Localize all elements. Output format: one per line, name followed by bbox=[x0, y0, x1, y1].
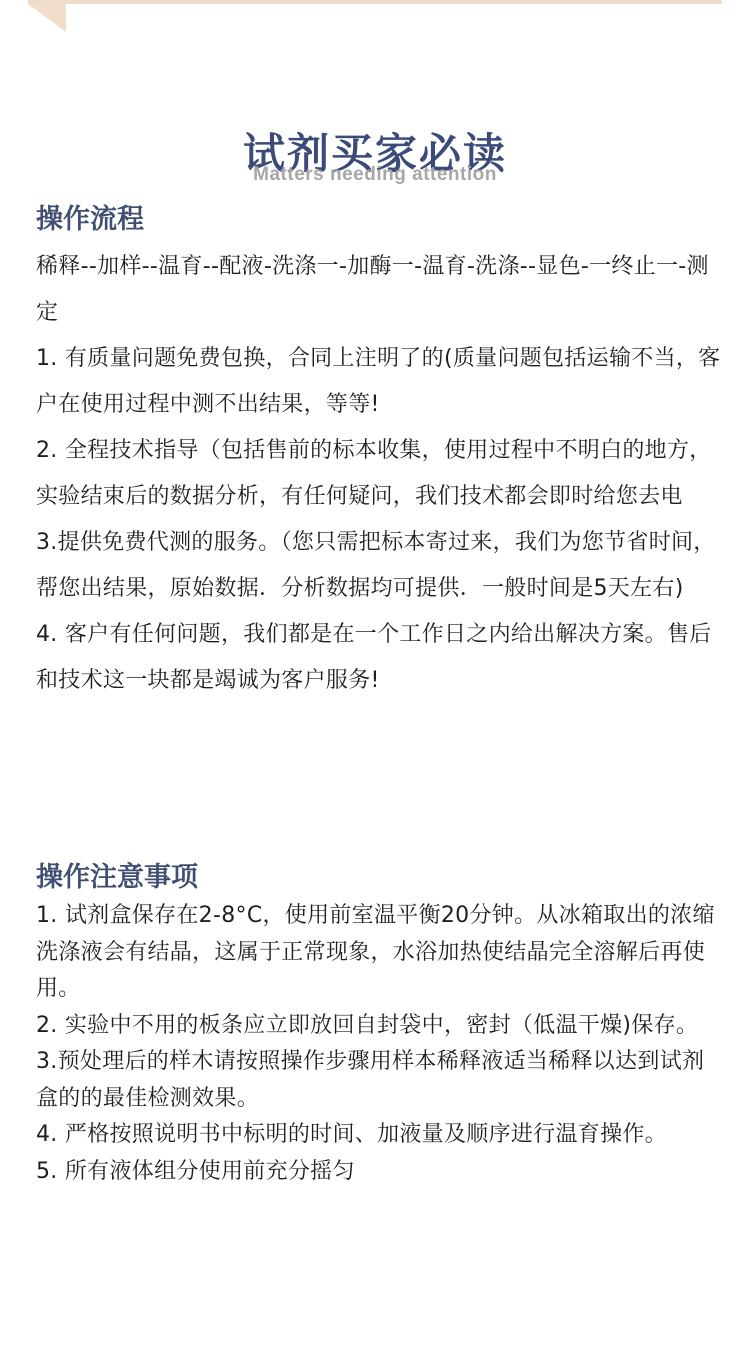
top-decorative-band bbox=[28, 0, 722, 4]
list-item: 1. 试剂盒保存在2-8°C，使用前室温平衡20分钟。从冰箱取出的浓缩洗涤液会有… bbox=[36, 898, 726, 1008]
page-subtitle: Matters needing attention bbox=[0, 163, 750, 187]
section-operation-notes: 操作注意事项 1. 试剂盒保存在2-8°C，使用前室温平衡20分钟。从冰箱取出的… bbox=[36, 858, 726, 1190]
list-item: 3.预处理后的样木请按照操作步骤用样本稀释液适当稀释以达到试剂盒的的最佳检测效果… bbox=[36, 1044, 726, 1117]
section-heading: 操作注意事项 bbox=[36, 858, 726, 898]
list-item: 1. 有质量问题免费包换，合同上注明了的(质量问题包括运输不当，客户在使用过程中… bbox=[36, 336, 726, 428]
corner-tab-decoration bbox=[28, 4, 66, 32]
list-item: 3.提供免费代测的服务。（您只需把标本寄过来，我们为您节省时间，帮您出结果，原始… bbox=[36, 520, 726, 612]
process-steps: 稀释--加样--温育--配液-洗涤一-加酶一-温育-洗涤--显色-一终止一-测定 bbox=[36, 244, 726, 336]
list-item: 2. 全程技术指导（包括售前的标本收集，使用过程中不明白的地方，实验结束后的数据… bbox=[36, 428, 726, 520]
section-heading: 操作流程 bbox=[36, 200, 726, 240]
list-item: 4. 客户有任何问题，我们都是在一个工作日之内给出解决方案。售后和技术这一块都是… bbox=[36, 612, 726, 704]
section-operation-process: 操作流程 稀释--加样--温育--配液-洗涤一-加酶一-温育-洗涤--显色-一终… bbox=[36, 200, 726, 704]
list-item: 4. 严格按照说明书中标明的时间、加液量及顺序进行温育操作。 bbox=[36, 1117, 726, 1154]
list-item: 5. 所有液体组分使用前充分摇匀 bbox=[36, 1154, 726, 1191]
list-item: 2. 实验中不用的板条应立即放回自封袋中，密封（低温干燥)保存。 bbox=[36, 1008, 726, 1045]
